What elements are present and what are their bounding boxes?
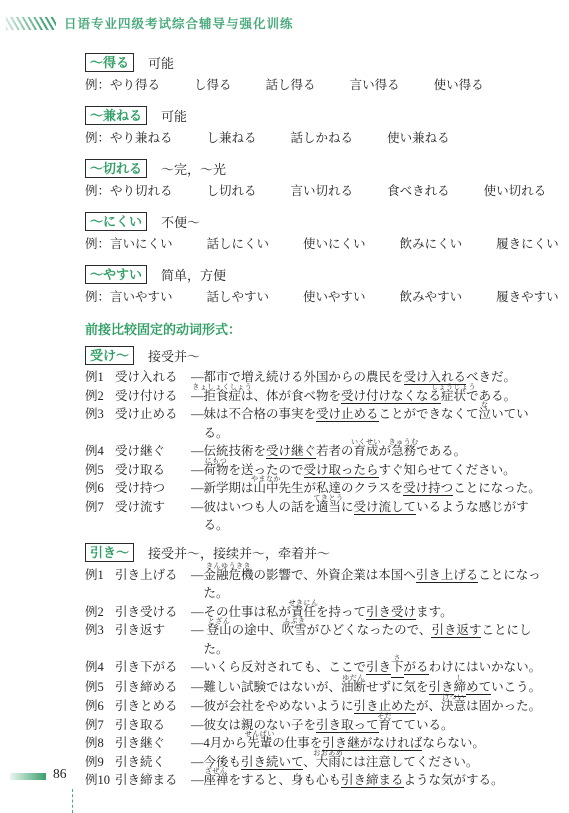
- example-word: 話し得る: [266, 76, 316, 95]
- example-word: 使いにくい: [303, 235, 366, 254]
- pattern-block: ～やすい简单，方便例：言いやすい話しやすい使いやすい飲みやすい履きやすい: [85, 264, 555, 307]
- underlined-text: 受け流して: [354, 500, 417, 515]
- sentence-text: ―: [191, 389, 204, 403]
- ruby-base: 急務: [391, 444, 416, 458]
- example-word: し兼ねる: [207, 129, 257, 148]
- pattern-box: ～切れる: [85, 159, 147, 178]
- ruby-annotation: いくせい: [351, 439, 381, 446]
- example-word: 使いやすい: [303, 288, 366, 307]
- ruby-annotation: にもつ: [205, 458, 228, 465]
- pattern-meaning: 简单，方便: [161, 265, 226, 284]
- ruby-annotation: ざぜん: [205, 768, 228, 775]
- example-sentence: ―難しい試験ではないが、油断ゆだんせずに気を引き締しめていこう。: [191, 678, 555, 698]
- ruby-base: 座禅: [204, 773, 229, 787]
- sentence-text: いるような感じがす: [416, 500, 529, 514]
- pattern-head: ～兼ねる可能: [85, 105, 555, 125]
- sentence-text: の途中、: [232, 623, 282, 637]
- underlined-text: 引き締まる: [341, 773, 404, 788]
- sentence-text: ―彼が会社をやめないように: [191, 699, 354, 713]
- ruby-text: 育そだ: [379, 716, 392, 735]
- example-number: 例9: [85, 753, 115, 772]
- ruby-annotation: おおあめ: [313, 750, 343, 757]
- example-word: 飲みにくい: [400, 235, 463, 254]
- underlined-text: 引き: [366, 660, 391, 675]
- sentence-text: である。: [466, 389, 516, 403]
- example-row: 例6引きとめる―彼が会社をやめないように引き止めたが、決意けついは固かった。: [85, 697, 555, 716]
- pattern-head: 引き～接受并～，接续并～，牵着并～: [85, 543, 555, 563]
- underlined-text: がる: [404, 660, 429, 675]
- example-prefix: 例：: [85, 182, 110, 201]
- pattern-meaning: 不便～: [161, 212, 200, 231]
- ruby-annotation: きゅうむ: [389, 439, 419, 446]
- textbook-page: 日语专业四级考试综合辅导与强化训练 ～得る可能例：やり得るし得る話し得る言い得る…: [0, 0, 569, 813]
- example-sentence: ―彼が会社をやめないように引き止めたが、決意けついは固かった。: [191, 697, 555, 716]
- sentence-text: ことになった。: [453, 481, 541, 495]
- ruby-annotation: ふぶき: [283, 618, 306, 625]
- example-number: 例5: [85, 461, 115, 480]
- sentence-text: が: [379, 444, 392, 458]
- example-word: 言いにくい: [110, 235, 173, 254]
- example-row: 例5引き締める―難しい試験ではないが、油断ゆだんせずに気を引き締しめていこう。: [85, 678, 555, 698]
- ruby-text: 荷物にもつ: [204, 461, 229, 480]
- example-word: 話しにくい: [207, 235, 270, 254]
- sentence-text: ―彼はいつも人の話を: [191, 500, 316, 514]
- compound-verb: 受け入れる: [115, 368, 191, 387]
- suffix-pattern-list: ～得る可能例：やり得るし得る話し得る言い得る使い得る～兼ねる可能例：やり兼ねるし…: [85, 52, 555, 307]
- pattern-meaning: ～完，～光: [161, 159, 226, 178]
- pattern-head: ～にくい不便～: [85, 211, 555, 231]
- example-word: 話しかねる: [291, 129, 354, 148]
- example-sentence: ―拒食症きょしょくしょうは、体が食べ物を受け付けなくなる症状しょうじょうである。: [191, 387, 555, 406]
- ruby-base: 下: [391, 660, 404, 674]
- sentence-text: 若者の: [316, 444, 354, 458]
- example-word: やり兼ねる: [110, 129, 173, 148]
- ruby-base: 山中: [254, 481, 279, 495]
- sentence-text: ことにし: [481, 623, 531, 637]
- pattern-meaning: 接受并～: [148, 346, 200, 365]
- ruby-base: 金融危機: [204, 568, 254, 582]
- page-content: ～得る可能例：やり得るし得る話し得る言い得る使い得る～兼ねる可能例：やり兼ねるし…: [85, 52, 555, 798]
- ruby-annotation: しょうじょう: [431, 384, 476, 391]
- example-number: 例10: [85, 771, 115, 790]
- example-number: 例3: [85, 621, 115, 640]
- sentence-text: ならない。: [422, 736, 485, 750]
- underlined-text: 受け持つ: [403, 481, 453, 496]
- compound-verb: 受け取る: [115, 461, 191, 480]
- ruby-annotation: てきとう: [314, 495, 344, 502]
- sentence-text: ―妹は不合格の事実を: [191, 407, 316, 421]
- example-word: 履きにくい: [496, 235, 559, 254]
- ruby-annotation: そだ: [377, 713, 392, 720]
- compound-verb: 引き下がる: [115, 658, 191, 677]
- underlined-text: 受け取ったら: [304, 463, 379, 478]
- underlined-text: 受け継ぐ: [266, 444, 316, 459]
- ruby-annotation: けつい: [442, 694, 465, 701]
- pattern-meaning: 可能: [161, 106, 187, 125]
- sentence-text: ―4月から: [191, 736, 247, 750]
- example-number: 例7: [85, 498, 115, 517]
- sentence-text: わけにはいかない。: [429, 660, 542, 674]
- ruby-base: 症状: [441, 389, 466, 403]
- ruby-text: 金融危機きんゆうきき: [204, 566, 254, 585]
- example-word: 履きやすい: [496, 288, 559, 307]
- example-word: 食べきれる: [387, 182, 450, 201]
- underlined-text: 引き受け: [366, 605, 416, 620]
- compound-verb: 引き継ぐ: [115, 734, 191, 753]
- sentence-text: の影響で、外資企業は本国へ: [254, 568, 416, 582]
- pattern-meaning: 接受并～，接续并～，牵着并～: [148, 543, 330, 562]
- ruby-base: 油断: [341, 680, 366, 694]
- ruby-annotation: し: [456, 675, 464, 682]
- ruby-text: 拒食症きょしょくしょう: [204, 387, 242, 406]
- example-number: 例2: [85, 387, 115, 406]
- example-word: やり得る: [110, 76, 160, 95]
- compound-verb: 受け持つ: [115, 479, 191, 498]
- header-title: 日语专业四级考试综合辅导与强化训练: [64, 14, 294, 32]
- example-sentence: ―新学期は山中やまなか先生が私達のクラスを受け持つことになった。: [191, 479, 555, 498]
- sentence-text: に: [341, 500, 354, 514]
- ruby-text: 座禅ざぜん: [204, 771, 229, 790]
- sentence-text: は、体が食べ物を: [241, 389, 341, 403]
- pattern-head: 受け～接受并～: [85, 345, 555, 365]
- underlined-text: 引き続いて: [241, 755, 303, 770]
- example-row: 例7引き取る―彼女は親のない子を引き取って育そだてている。: [85, 716, 555, 735]
- ruby-text: 油断ゆだん: [341, 678, 366, 697]
- example-number: 例1: [85, 368, 115, 387]
- example-sentence: ―座禅ざぜんをすると、身も心も引き締まるような気がする。: [191, 771, 555, 790]
- ruby-annotation: きょしょくしょう: [192, 384, 252, 391]
- example-sentence: ―いくら反対されても、ここで引き下さがるわけにはいかない。: [191, 658, 555, 678]
- sentence-text: てている。: [391, 718, 454, 732]
- sentence-text: には注意してください。: [341, 755, 479, 769]
- ruby-base: 荷物: [204, 463, 229, 477]
- example-row: 例5受け取る―荷物にもつを送ったので受け取ったらすぐ知らせてください。: [85, 461, 555, 480]
- pattern-meaning: 可能: [148, 53, 174, 72]
- example-number: 例4: [85, 442, 115, 461]
- example-number: 例2: [85, 603, 115, 622]
- ruby-base: 育成: [354, 444, 379, 458]
- footer-bar-icon: [10, 773, 46, 780]
- sentence-text: ―: [191, 568, 204, 582]
- example-row: 例3受け止める―妹は不合格の事実を受け止めることができなくて泣ないている。: [85, 405, 555, 442]
- ruby-annotation: な: [481, 402, 489, 409]
- verb-group-list: 受け～接受并～例1受け入れる―都市で増え続ける外国からの農民を受け入れるべきだ。…: [85, 345, 555, 790]
- sentence-text: が、: [416, 699, 441, 713]
- header-stripes-icon: [6, 17, 56, 30]
- sentence-text: は固かった。: [466, 699, 541, 713]
- compound-verb: 受け止める: [115, 405, 191, 424]
- example-sentence: ―その仕事は私が責任せきにんを持って引き受けます。: [191, 603, 555, 622]
- example-word: やり切れる: [110, 182, 173, 201]
- ruby-text: 適当てきとう: [316, 498, 341, 517]
- example-row: 例3引き返す― 登山とざんの途中、吹雪ふぶきがひどくなったので、引き返すことにし…: [85, 621, 555, 658]
- compound-verb: 引き締める: [115, 678, 191, 697]
- example-number: 例7: [85, 716, 115, 735]
- ruby-base: 適当: [316, 500, 341, 514]
- example-sentence: ―彼はいつも人の話を適当てきとうに受け流しているような感じがする。: [191, 498, 555, 535]
- example-sentence: ―4月から先輩せんぱいの仕事を引き継がなければならない。: [191, 734, 555, 753]
- ruby-base: 吹雪: [282, 623, 307, 637]
- ruby-base: 登山: [207, 623, 232, 637]
- example-row: 例1引き上げる―金融危機きんゆうききの影響で、外資企業は本国へ引き上げることにな…: [85, 566, 555, 603]
- sentence-text: ます。: [416, 605, 453, 619]
- ruby-base: 決意: [441, 699, 466, 713]
- ruby-text: 症状しょうじょう: [441, 387, 466, 406]
- example-row: 例2引き受ける―その仕事は私が責任せきにんを持って引き受けます。: [85, 603, 555, 622]
- pattern-head: ～得る可能: [85, 52, 555, 72]
- sentence-text: ―: [191, 463, 204, 477]
- pattern-box: 引き～: [85, 543, 134, 562]
- compound-verb: 引き返す: [115, 621, 191, 640]
- compound-verb: 引き取る: [115, 716, 191, 735]
- section-note: 前接比较固定的动词形式：: [85, 321, 555, 339]
- compound-verb: 受け付ける: [115, 387, 191, 406]
- sentence-text: ―その仕事は私が: [191, 605, 291, 619]
- compound-verb: 引き受ける: [115, 603, 191, 622]
- sentence-text: ―新学期は: [191, 481, 254, 495]
- example-row: 例7受け流す―彼はいつも人の話を適当てきとうに受け流しているような感じがする。: [85, 498, 555, 535]
- sentence-text: すぐ知らせてください。: [379, 463, 516, 477]
- underlined-text: 下さ: [391, 658, 404, 678]
- example-row: 例10引き締まる―座禅ざぜんをすると、身も心も引き締まるような気がする。: [85, 771, 555, 790]
- example-sentence: ―金融危機きんゆうききの影響で、外資企業は本国へ引き上げることになった。: [191, 566, 555, 603]
- sentence-text: ような気がする。: [404, 773, 504, 787]
- compound-verb: 引き締まる: [115, 771, 191, 790]
- pattern-head: ～切れる～完，～光: [85, 158, 555, 178]
- pattern-block: ～にくい不便～例：言いにくい話しにくい使いにくい飲みにくい履きにくい: [85, 211, 555, 254]
- example-row: 例4引き下がる―いくら反対されても、ここで引き下さがるわけにはいかない。: [85, 658, 555, 678]
- ruby-base: 大雨: [316, 755, 341, 769]
- example-sentence: ― 登山とざんの途中、吹雪ふぶきがひどくなったので、引き返すことにした。: [191, 621, 555, 658]
- example-prefix: 例：: [85, 129, 110, 148]
- sentence-text: ―難しい試験ではないが、: [191, 680, 341, 694]
- example-sentence: ―荷物にもつを送ったので受け取ったらすぐ知らせてください。: [191, 461, 555, 480]
- example-prefix: 例：: [85, 235, 110, 254]
- example-line: 例：やり切れるし切れる言い切れる食べきれる使い切れる: [85, 182, 555, 201]
- ruby-annotation: やまなか: [251, 476, 281, 483]
- example-word: し切れる: [207, 182, 257, 201]
- ruby-annotation: ゆだん: [342, 675, 365, 682]
- example-line: 例：やり得るし得る話し得る言い得る使い得る: [85, 76, 555, 95]
- sentence-text: ―いくら反対されても、ここで: [191, 660, 366, 674]
- example-number: 例8: [85, 734, 115, 753]
- ruby-text: 先輩せんぱい: [247, 734, 272, 753]
- verb-group: 受け～接受并～例1受け入れる―都市で増え続ける外国からの農民を受け入れるべきだ。…: [85, 345, 555, 535]
- example-word: 言い得る: [350, 76, 400, 95]
- ruby-annotation: さ: [394, 655, 402, 662]
- underlined-text: 引き取って: [316, 718, 379, 733]
- pattern-block: ～兼ねる可能例：やり兼ねるし兼ねる話しかねる使い兼ねる: [85, 105, 555, 148]
- ruby-base: 泣: [479, 407, 492, 421]
- pattern-box: ～にくい: [85, 212, 147, 231]
- example-sentence: ―妹は不合格の事実を受け止めることができなくて泣ないている。: [191, 405, 555, 442]
- ruby-base: 締: [454, 680, 467, 694]
- ruby-text: 登山とざん: [207, 621, 232, 640]
- example-word: 言い切れる: [291, 182, 354, 201]
- example-word: 使い得る: [434, 76, 484, 95]
- example-prefix: 例：: [85, 288, 110, 307]
- example-number: 例3: [85, 405, 115, 424]
- example-word: 飲みやすい: [400, 288, 463, 307]
- pattern-box: ～得る: [85, 53, 134, 72]
- example-number: 例6: [85, 479, 115, 498]
- verb-group: 引き～接受并～，接续并～，牵着并～例1引き上げる―金融危機きんゆうききの影響で、…: [85, 543, 555, 790]
- ruby-text: 山中やまなか: [254, 479, 279, 498]
- sentence-text: である。: [416, 444, 466, 458]
- ruby-annotation: せきにん: [289, 600, 319, 607]
- ruby-base: 先輩: [247, 736, 272, 750]
- underlined-text: 受け付けなくなる: [341, 389, 441, 404]
- example-line: 例：言いやすい話しやすい使いやすい飲みやすい履きやすい: [85, 288, 555, 307]
- example-word: し得る: [194, 76, 232, 95]
- ruby-text: 泣な: [479, 405, 492, 424]
- example-number: 例1: [85, 566, 115, 585]
- sentence-text: ―: [191, 623, 207, 637]
- sentence-text: がひどくなったので、: [307, 623, 432, 637]
- ruby-text: 急務きゅうむ: [391, 442, 416, 461]
- sentence-text: を持って: [316, 605, 366, 619]
- ruby-annotation: きんゆうきき: [206, 563, 251, 570]
- sentence-text: いてい: [491, 407, 529, 421]
- sentence-text: ことができなくて: [379, 407, 479, 421]
- example-sentence: ―今後も引き続いて、大雨おおあめには注意してください。: [191, 753, 555, 772]
- ruby-text: 育成いくせい: [354, 442, 379, 461]
- sentence-text: ことになっ: [478, 568, 541, 582]
- example-sentence: ―伝統技術を受け継ぐ若者の育成いくせいが急務きゅうむである。: [191, 442, 555, 461]
- ruby-base: 拒食症: [204, 389, 242, 403]
- ruby-text: 決意けつい: [441, 697, 466, 716]
- example-word: 使い兼ねる: [387, 129, 450, 148]
- page-number: 86: [53, 766, 67, 782]
- underlined-text: 引き上げる: [416, 568, 479, 583]
- compound-verb: 受け継ぐ: [115, 442, 191, 461]
- page-header: 日语专业四级考试综合辅导与强化训练: [6, 14, 294, 32]
- example-row: 例1受け入れる―都市で増え続ける外国からの農民を受け入れるべきだ。: [85, 368, 555, 387]
- example-line: 例：やり兼ねるし兼ねる話しかねる使い兼ねる: [85, 129, 555, 148]
- sentence-text: た。: [204, 642, 229, 656]
- underlined-text: 受け止める: [316, 407, 379, 422]
- sentence-text: ―伝統技術を: [191, 444, 266, 458]
- example-row: 例4受け継ぐ―伝統技術を受け継ぐ若者の育成いくせいが急務きゅうむである。: [85, 442, 555, 461]
- sentence-text: せずに気を: [366, 680, 429, 694]
- sentence-text: いこう。: [491, 680, 541, 694]
- pattern-box: ～兼ねる: [85, 106, 147, 125]
- sentence-text: ―: [191, 773, 204, 787]
- example-word: 言いやすい: [110, 288, 173, 307]
- example-row: 例9引き続く―今後も引き続いて、大雨おおあめには注意してください。: [85, 753, 555, 772]
- example-line: 例：言いにくい話しにくい使いにくい飲みにくい履きにくい: [85, 235, 555, 254]
- example-number: 例5: [85, 678, 115, 697]
- footer-dashed-line-icon: [72, 789, 73, 813]
- sentence-text: る。: [204, 518, 229, 532]
- pattern-block: ～切れる～完，～光例：やり切れるし切れる言い切れる食べきれる使い切れる: [85, 158, 555, 201]
- pattern-box: 受け～: [85, 346, 134, 365]
- ruby-text: 大雨おおあめ: [316, 753, 341, 772]
- sentence-text: 、: [303, 755, 316, 769]
- compound-verb: 受け流す: [115, 498, 191, 517]
- ruby-text: 吹雪ふぶき: [282, 621, 307, 640]
- sentence-text: た。: [204, 586, 229, 600]
- ruby-annotation: とざん: [208, 618, 231, 625]
- compound-verb: 引き上げる: [115, 566, 191, 585]
- compound-verb: 引きとめる: [115, 697, 191, 716]
- sentence-text: る。: [204, 426, 229, 440]
- underlined-text: 引き返す: [431, 623, 481, 638]
- sentence-text: をすると、身も心も: [229, 773, 342, 787]
- example-number: 例4: [85, 658, 115, 677]
- example-word: 使い切れる: [484, 182, 547, 201]
- ruby-annotation: せんぱい: [245, 731, 275, 738]
- example-word: 話しやすい: [207, 288, 270, 307]
- compound-verb: 引き続く: [115, 753, 191, 772]
- pattern-head: ～やすい简单，方便: [85, 264, 555, 284]
- underlined-text: めて: [466, 680, 491, 695]
- pattern-box: ～やすい: [85, 265, 147, 284]
- example-prefix: 例：: [85, 76, 110, 95]
- example-number: 例6: [85, 697, 115, 716]
- ruby-base: 育: [379, 718, 392, 732]
- pattern-block: ～得る可能例：やり得るし得る話し得る言い得る使い得る: [85, 52, 555, 95]
